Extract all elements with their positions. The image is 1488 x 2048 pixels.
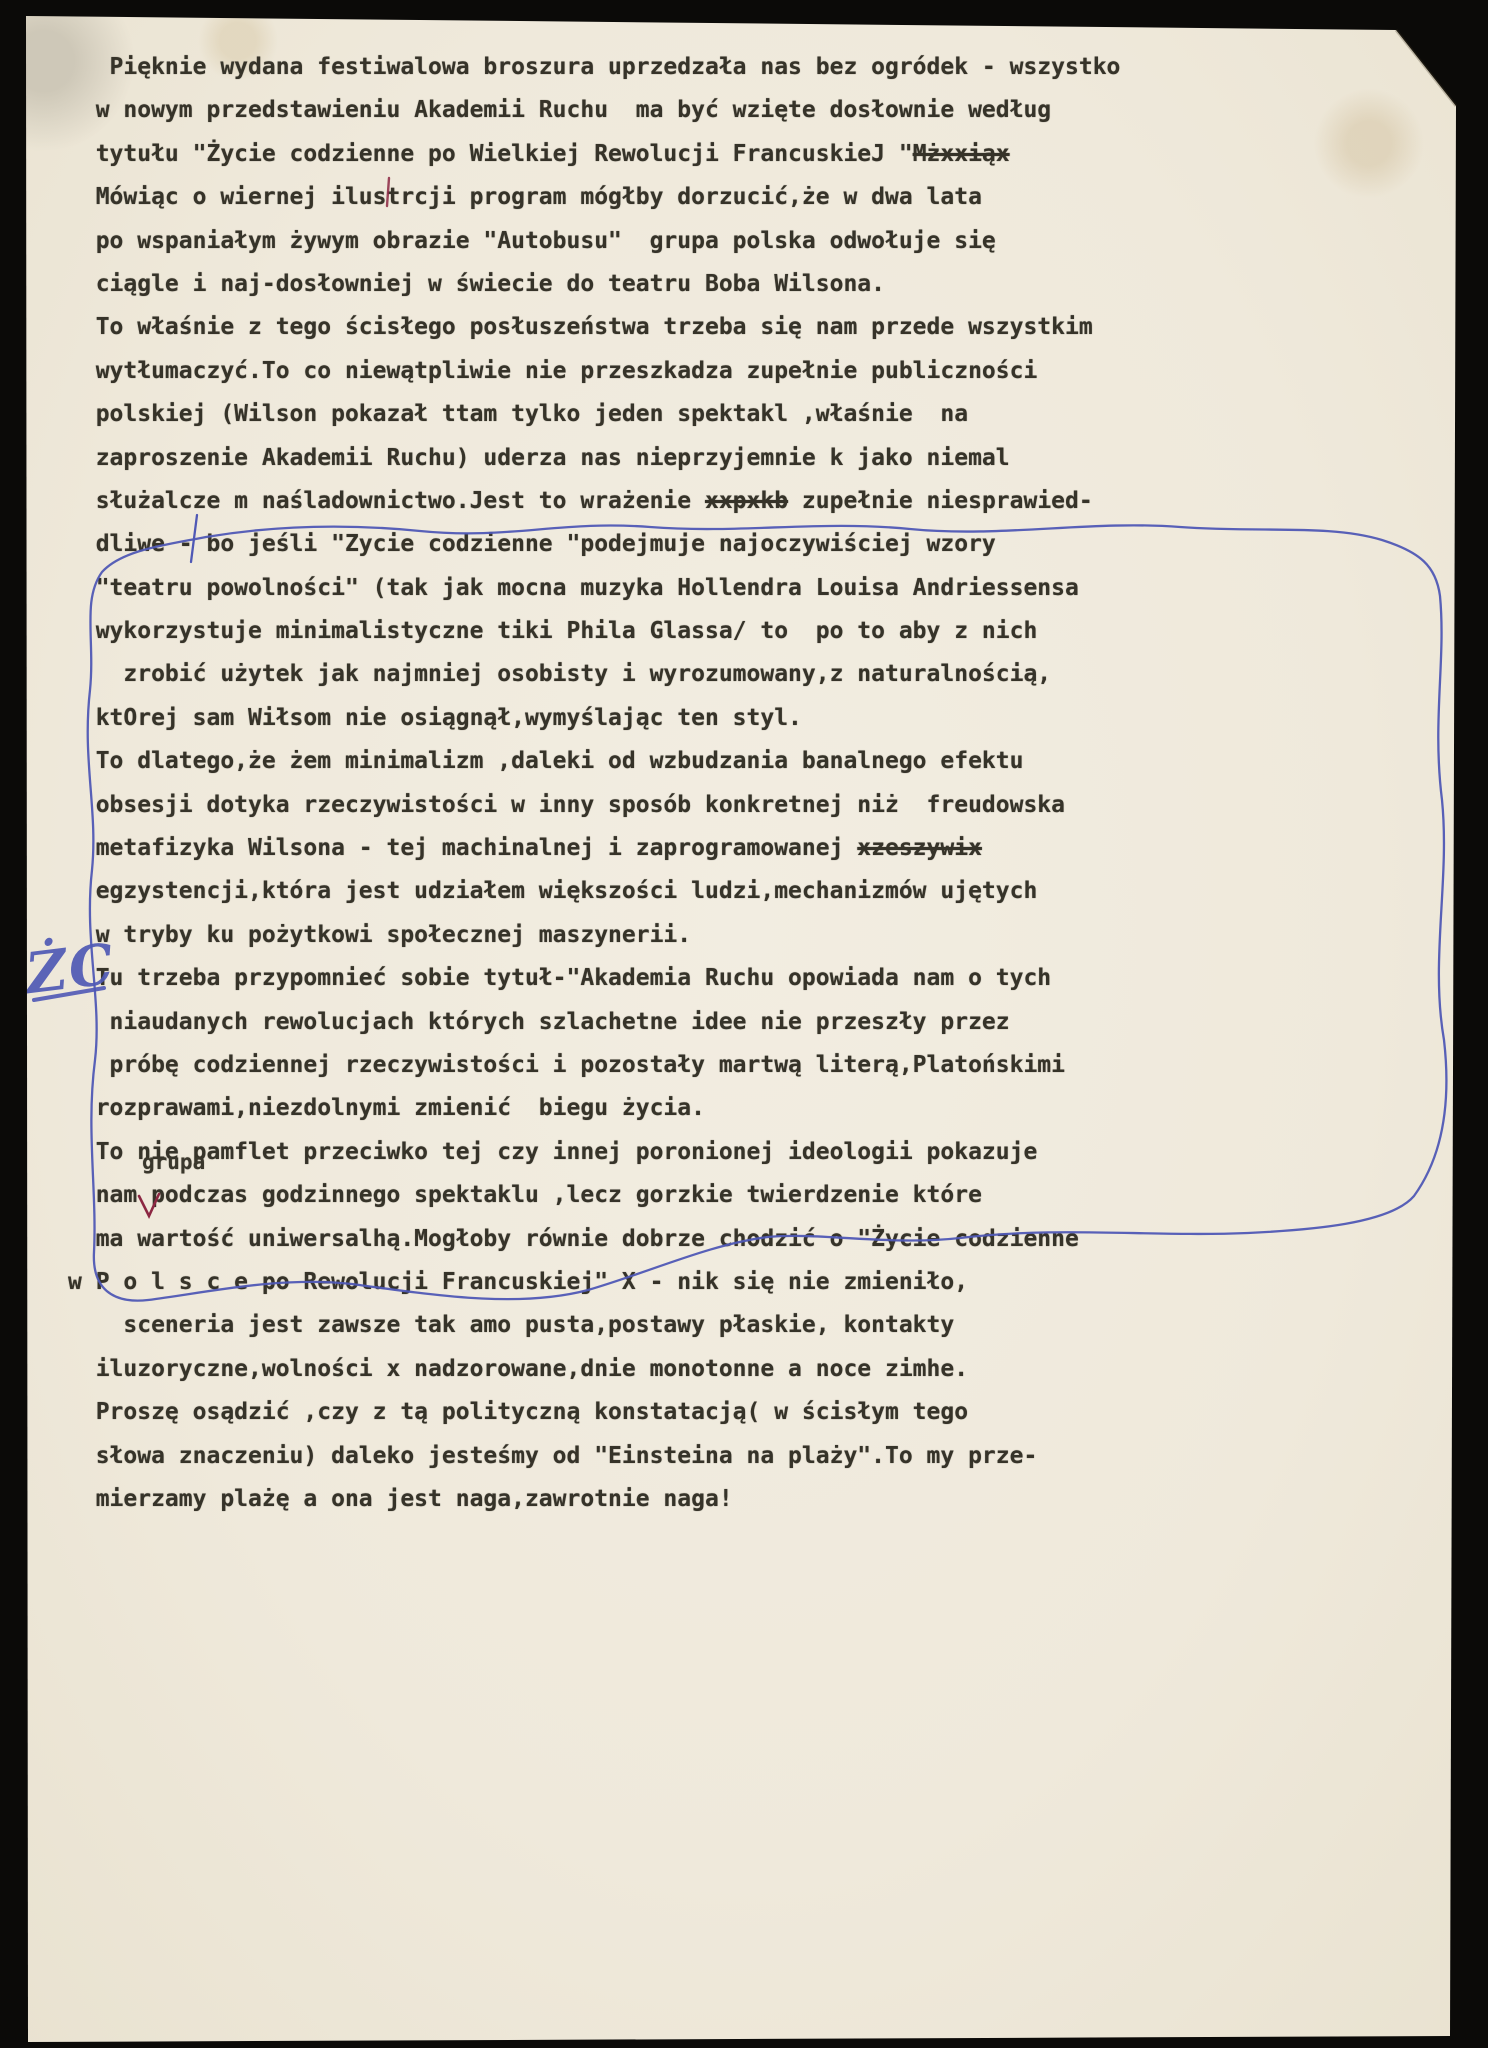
typewritten-line: iluzoryczne,wolności x nadzorowane,dnie … — [68, 1348, 1448, 1391]
document-page: Pięknie wydana festiwalowa broszura uprz… — [0, 0, 1488, 2048]
typewritten-line: nam podczas godzinnego spektaklu ,lecz g… — [68, 1174, 1448, 1217]
typewritten-line: ktOrej sam Wiłsom nie osiągnął,wymyślają… — [68, 697, 1448, 740]
typed-strikethrough: Mżxxiąx — [913, 141, 1010, 167]
typewritten-line: rozprawami,niezdolnymi zmienić biegu życ… — [68, 1087, 1448, 1130]
photo-background: Pięknie wydana festiwalowa broszura uprz… — [0, 0, 1488, 2048]
typewritten-line: mierzamy plażę a ona jest naga,zawrotnie… — [68, 1478, 1448, 1521]
typewritten-line: zaproszenie Akademii Ruchu) uderza nas n… — [68, 437, 1448, 480]
typewritten-line: wykorzystuje minimalistyczne tiki Phila … — [68, 610, 1448, 653]
typewritten-line: próbę codziennej rzeczywistości i pozost… — [68, 1044, 1448, 1087]
typewritten-text: Pięknie wydana festiwalowa broszura uprz… — [68, 46, 1448, 1521]
typewritten-line: służalcze m naśladownictwo.Jest to wraże… — [68, 480, 1448, 523]
typewritten-line: To nie pamflet przeciwko tej czy innej p… — [68, 1131, 1448, 1174]
typewritten-line: Mówiąc o wiernej ilustrcji program mógłb… — [68, 176, 1448, 219]
typewritten-line: w tryby ku pożytkowi społecznej maszyner… — [68, 914, 1448, 957]
typed-strikethrough: xxpxkb — [705, 488, 788, 514]
typewritten-line: ciągle i naj-dosłowniej w świecie do tea… — [68, 263, 1448, 306]
typewritten-line: w nowym przedstawieniu Akademii Ruchu ma… — [68, 89, 1448, 132]
typewritten-line: obsesji dotyka rzeczywistości w inny spo… — [68, 784, 1448, 827]
typewritten-line: Pięknie wydana festiwalowa broszura uprz… — [68, 46, 1448, 89]
typewritten-line: Proszę osądzić ,czy z tą polityczną kons… — [68, 1391, 1448, 1434]
typewritten-line: To właśnie z tego ścisłego posłuszeństwa… — [68, 306, 1448, 349]
typed-insertion-grupa: grupa — [142, 1150, 205, 1174]
typed-strikethrough: xzeszywix — [857, 835, 982, 861]
typewritten-line: wytłumaczyć.To co niewątpliwie nie przes… — [68, 350, 1448, 393]
typewritten-line: "teatru powolności" (tak jak mocna muzyk… — [68, 567, 1448, 610]
typewritten-line: egzystencji,która jest udziałem większoś… — [68, 870, 1448, 913]
typewritten-line: Tu trzeba przypomnieć sobie tytuł-"Akade… — [68, 957, 1448, 1000]
typewritten-line: w P o l s c e po Rewolucji Francuskiej" … — [68, 1261, 1448, 1304]
typewritten-line: sceneria jest zawsze tak amo pusta,posta… — [68, 1304, 1448, 1347]
typewritten-line: po wspaniałym żywym obrazie "Autobusu" g… — [68, 220, 1448, 263]
handwritten-margin-note: ŻC — [22, 931, 119, 1007]
typewritten-line: ma wartość uniwersalhą.Mogłoby równie do… — [68, 1218, 1448, 1261]
typewritten-line: niaudanych rewolucjach których szlachetn… — [68, 1001, 1448, 1044]
typewritten-line: zrobić użytek jak najmniej osobisty i wy… — [68, 653, 1448, 696]
typewritten-line: metafizyka Wilsona - tej machinalnej i z… — [68, 827, 1448, 870]
typewritten-line: To dlatego,że żem minimalizm ,daleki od … — [68, 740, 1448, 783]
typewritten-line: dliwe - bo jeśli "Zycie codzienne "podej… — [68, 523, 1448, 566]
typewritten-line: tytułu "Życie codzienne po Wielkiej Rewo… — [68, 133, 1448, 176]
typewritten-line: słowa znaczeniu) daleko jesteśmy od "Ein… — [68, 1435, 1448, 1478]
typewritten-line: polskiej (Wilson pokazał ttam tylko jede… — [68, 393, 1448, 436]
